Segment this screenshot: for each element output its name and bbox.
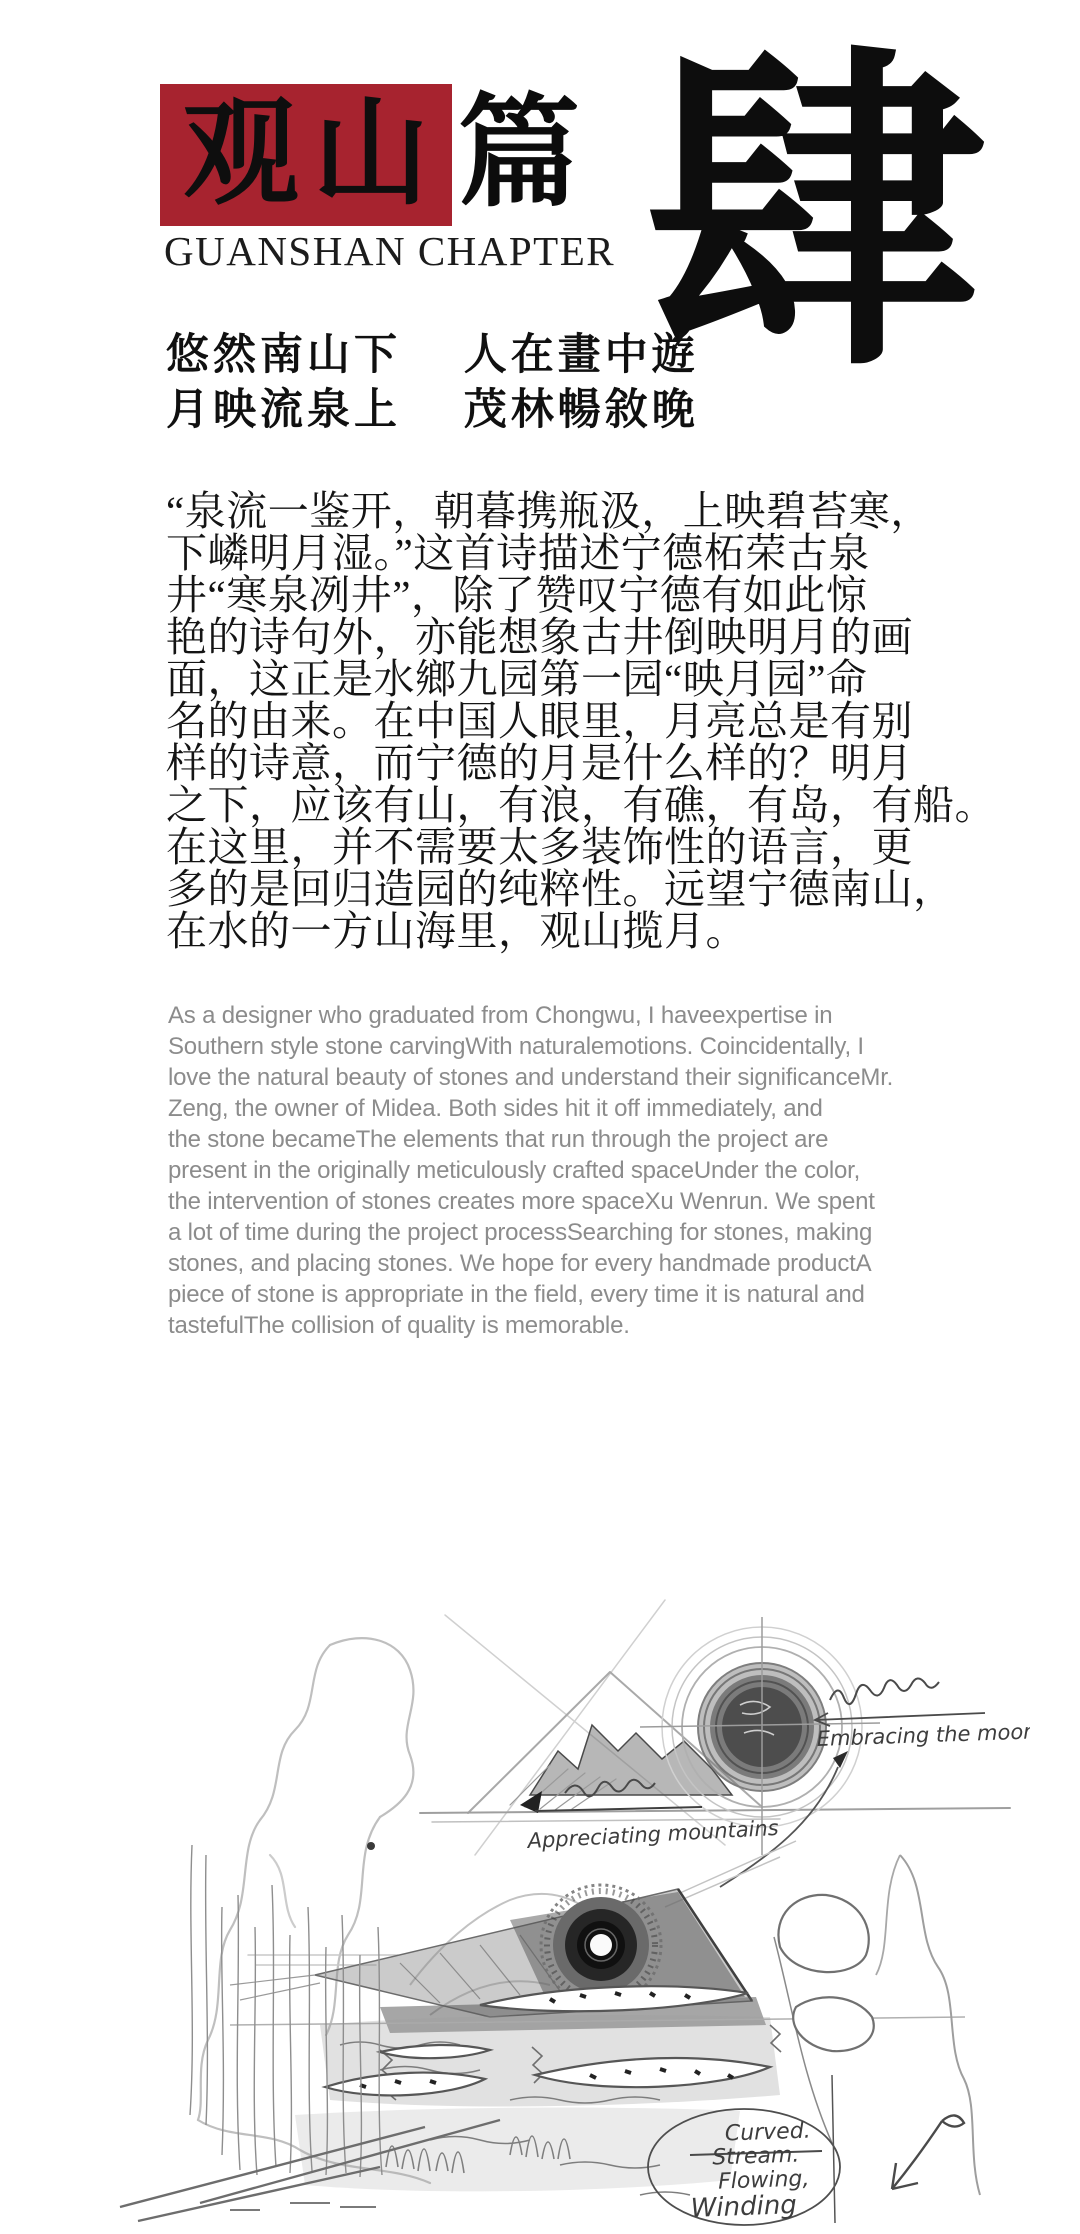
chinese-paragraph-line: 之下，应该有山，有浪，有礁，有岛，有船。 [166,784,936,826]
poem-line: 月映流泉上 茂林暢敘晚 [166,383,699,438]
chinese-paragraph-line: 样的诗意，而宁德的月是什么样的？明月 [166,742,936,784]
concept-sketch: Embracing the moon Appreciating mountain… [80,1555,1030,2234]
sketch-annotation-moon: Embracing the moon [815,1678,1030,1751]
english-paragraph-line: tastefulThe collision of quality is memo… [168,1310,948,1341]
english-paragraph-line: stones, and placing stones. We hope for … [168,1248,948,1279]
sketch-water [120,1845,980,2221]
poem-phrase-left: 月映流泉上 [166,387,401,434]
article-page: 观山 篇 GUANSHAN CHAPTER 肆 悠然南山下 人在畫中遊 月映流泉… [0,0,1080,2234]
chapter-title-zh: 观山 [169,97,443,213]
poem-phrase-left: 悠然南山下 [166,332,401,379]
chapter-title-red-box: 观山 [160,84,452,226]
poem-line: 悠然南山下 人在畫中遊 [166,328,699,383]
chinese-paragraph-line: 艳的诗句外，亦能想象古井倒映明月的画 [166,616,936,658]
english-paragraph-line: a lot of time during the project process… [168,1217,948,1248]
english-paragraph-line: the intervention of stones creates more … [168,1186,948,1217]
chapter-subtitle-en: GUANSHAN CHAPTER [164,227,615,275]
english-paragraph-line: present in the originally meticulously c… [168,1155,948,1186]
english-paragraph-line: piece of stone is appropriate in the fie… [168,1279,948,1310]
sketch-arrow-doodle [892,2115,964,2189]
concept-sketch-svg: Embracing the moon Appreciating mountain… [80,1555,1030,2234]
poem-phrase-right: 人在畫中遊 [464,332,699,379]
poem-block: 悠然南山下 人在畫中遊 月映流泉上 茂林暢敘晚 [166,328,699,438]
chapter-header: 观山 篇 [160,84,580,226]
english-paragraph-line: As a designer who graduated from Chongwu… [168,1000,948,1031]
chinese-paragraph-line: 多的是回归造园的纯粹性。远望宁德南山， [166,868,936,910]
english-paragraph: As a designer who graduated from Chongwu… [168,1000,948,1341]
chinese-paragraph-line: 井“寒泉冽井”，除了赞叹宁德有如此惊 [166,574,936,616]
poem-phrase-right: 茂林暢敘晚 [464,387,699,434]
english-paragraph-line: Zeng, the owner of Midea. Both sides hit… [168,1093,948,1124]
chinese-paragraph-line: 名的由来。在中国人眼里，月亮总是有别 [166,700,936,742]
chinese-paragraph: “泉流一鉴开，朝暮携瓶汲，上映碧苔寒， 下嶙明月湿。”这首诗描述宁德柘荣古泉 井… [166,490,936,952]
chinese-paragraph-line: “泉流一鉴开，朝暮携瓶汲，上映碧苔寒， [166,490,936,532]
annotation-winding: Winding [690,2190,797,2224]
chinese-paragraph-line: 面，这正是水鄉九园第一园“映月园”命 [166,658,936,700]
chinese-paragraph-line: 在这里，并不需要太多装饰性的语言，更 [166,826,936,868]
english-paragraph-line: love the natural beauty of stones and un… [168,1062,948,1093]
chapter-title-suffix: 篇 [458,94,580,216]
handwritten-chinese-scribble [830,1678,939,1704]
english-paragraph-line: the stone becameThe elements that run th… [168,1124,948,1155]
english-paragraph-line: Southern style stone carvingWith natural… [168,1031,948,1062]
chinese-paragraph-line: 在水的一方山海里，观山揽月。 [166,910,936,952]
chinese-paragraph-line: 下嶙明月湿。”这首诗描述宁德柘荣古泉 [166,532,936,574]
